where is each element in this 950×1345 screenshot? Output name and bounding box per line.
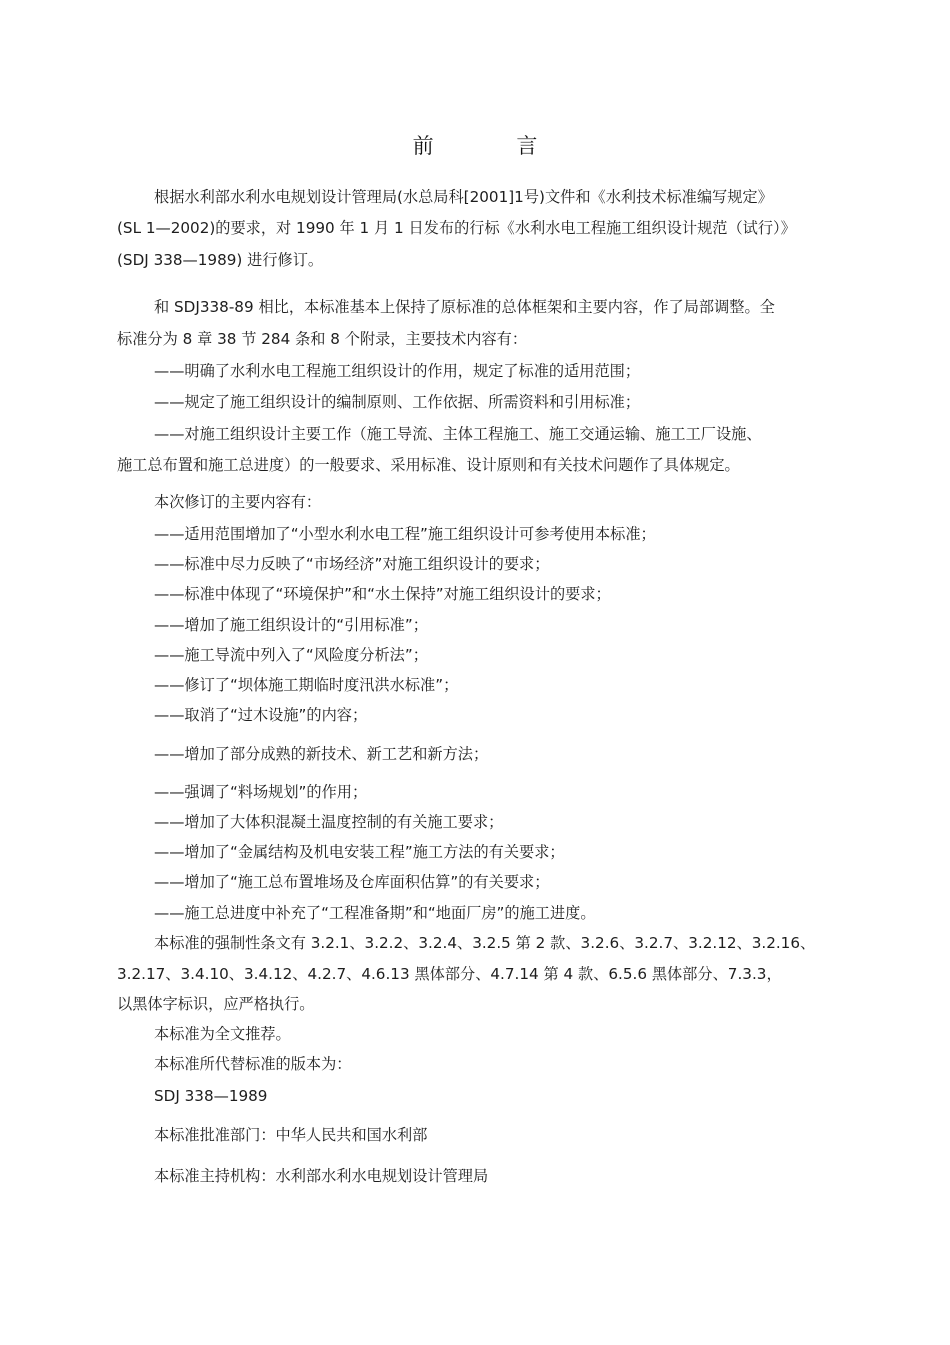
list-item: ——增加了“施工总布置堆场及仓库面积估算”的有关要求； xyxy=(154,872,549,892)
list-item: ——施工总进度中补充了“工程准备期”和“地面厂房”的施工进度。 xyxy=(154,903,596,923)
paragraph-line: (SL 1—2002)的要求，对 1990 年 1 月 1 日发布的行标《水利水… xyxy=(117,218,796,238)
paragraph-line: (SDJ 338—1989) 进行修订。 xyxy=(117,250,323,270)
list-item: ——明确了水利水电工程施工组织设计的作用，规定了标准的适用范围； xyxy=(154,361,640,381)
paragraph-line: 根据水利部水利水电规划设计管理局(水总局科[2001]1号)文件和《水利技术标准… xyxy=(154,187,834,207)
list-item: ——施工导流中列入了“风险度分析法”； xyxy=(154,645,428,665)
page-title: 前 言 xyxy=(0,130,950,160)
list-item: 施工总布置和施工总进度）的一般要求、采用标准、设计原则和有关技术问题作了具体规定… xyxy=(117,455,740,475)
list-item: ——增加了大体积混凝土温度控制的有关施工要求； xyxy=(154,812,503,832)
section-heading: 本次修订的主要内容有： xyxy=(154,492,321,512)
approval-department: 本标准批准部门：中华人民共和国水利部 xyxy=(154,1125,427,1145)
list-item: ——增加了“金属结构及机电安装工程”施工方法的有关要求； xyxy=(154,842,565,862)
list-item: ——对施工组织设计主要工作（施工导流、主体工程施工、施工交通运输、施工工厂设施、 xyxy=(154,424,762,444)
paragraph-line: 3.2.17、3.4.10、3.4.12、4.2.7、4.6.13 黑体部分、4… xyxy=(117,964,782,984)
list-item: ——强调了“料场规划”的作用； xyxy=(154,782,367,802)
list-item: ——增加了部分成熟的新技术、新工艺和新方法； xyxy=(154,744,488,764)
paragraph-line: 以黑体字标识，应严格执行。 xyxy=(117,994,314,1014)
list-item: ——修订了“坝体施工期临时度汛洪水标准”； xyxy=(154,675,458,695)
paragraph-line: 和 SDJ338-89 相比，本标准基本上保持了原标准的总体框架和主要内容，作了… xyxy=(154,297,775,317)
list-item: ——规定了施工组织设计的编制原则、工作依据、所需资料和引用标准； xyxy=(154,392,640,412)
list-item: ——标准中体现了“环境保护”和“水土保持”对施工组织设计的要求； xyxy=(154,584,611,604)
replaced-label: 本标准所代替标准的版本为： xyxy=(154,1054,351,1074)
recommend-text: 本标准为全文推荐。 xyxy=(154,1024,291,1044)
paragraph-line: 标准分为 8 章 38 节 284 条和 8 个附录，主要技术内容有： xyxy=(117,329,527,349)
list-item: ——取消了“过木设施”的内容； xyxy=(154,705,367,725)
list-item: ——增加了施工组织设计的“引用标准”； xyxy=(154,615,428,635)
list-item: ——适用范围增加了“小型水利水电工程”施工组织设计可参考使用本标准； xyxy=(154,524,656,544)
document-page: 前 言 根据水利部水利水电规划设计管理局(水总局科[2001]1号)文件和《水利… xyxy=(0,0,950,1345)
paragraph-line: 本标准的强制性条文有 3.2.1、3.2.2、3.2.4、3.2.5 第 2 款… xyxy=(154,933,815,953)
list-item: ——标准中尽力反映了“市场经济”对施工组织设计的要求； xyxy=(154,554,549,574)
replaced-standard: SDJ 338—1989 xyxy=(154,1086,267,1106)
host-organization: 本标准主持机构：水利部水利水电规划设计管理局 xyxy=(154,1166,488,1186)
